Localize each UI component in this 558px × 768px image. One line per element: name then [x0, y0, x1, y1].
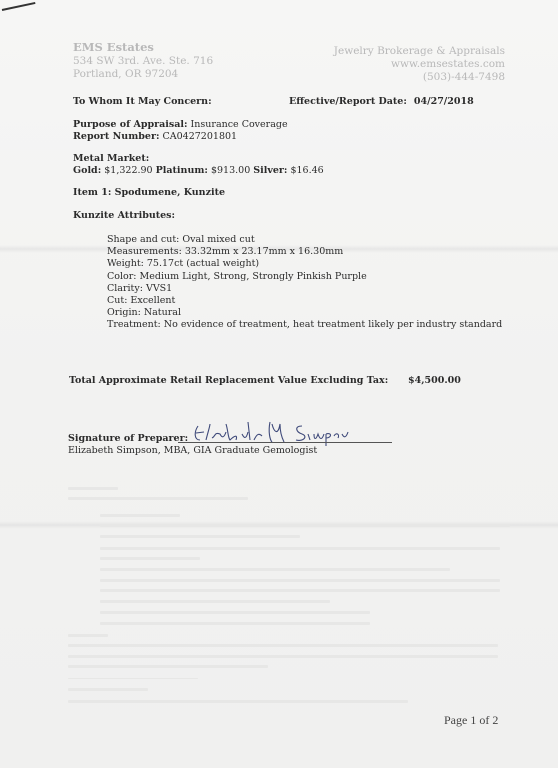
- attributes-list: Shape and cut: Oval mixed cut Measuremen…: [107, 234, 502, 332]
- company-name: EMS Estates: [73, 41, 213, 55]
- attribute-measurements: Measurements: 33.32mm x 23.17mm x 16.30m…: [107, 246, 502, 258]
- greeting: To Whom It May Concern:: [73, 96, 212, 108]
- attribute-cut: Cut: Excellent: [107, 295, 502, 307]
- platinum-label: Platinum:: [156, 165, 208, 176]
- report-label: Report Number:: [73, 131, 159, 142]
- attribute-clarity: Clarity: VVS1: [107, 283, 502, 295]
- page-number: Page 1 of 2: [444, 713, 498, 728]
- letterhead-left: EMS Estates 534 SW 3rd. Ave. Ste. 716 Po…: [73, 41, 213, 82]
- report-number: Report Number: CA0427201801: [73, 131, 237, 143]
- effective-date: Effective/Report Date: 04/27/2018: [289, 96, 474, 108]
- attribute-treatment: Treatment: No evidence of treatment, hea…: [107, 319, 502, 331]
- total-value: $4,500.00: [408, 375, 461, 387]
- effective-date-value: 04/27/2018: [414, 96, 474, 107]
- attribute-shape: Shape and cut: Oval mixed cut: [107, 234, 502, 246]
- silver-value: $16.46: [290, 165, 323, 176]
- gold-label: Gold:: [73, 165, 101, 176]
- company-phone: (503)-444-7498: [334, 71, 505, 84]
- item-title: Item 1: Spodumene, Kunzite: [73, 187, 225, 199]
- metal-market-values: Gold: $1,322.90 Platinum: $913.00 Silver…: [73, 165, 324, 177]
- address-line-1: 534 SW 3rd. Ave. Ste. 716: [73, 55, 213, 69]
- attributes-heading: Kunzite Attributes:: [73, 210, 175, 222]
- attribute-weight: Weight: 75.17ct (actual weight): [107, 258, 502, 270]
- signature-label: Signature of Preparer:: [68, 433, 188, 445]
- preparer-credentials: Elizabeth Simpson, MBA, GIA Graduate Gem…: [68, 445, 317, 457]
- purpose-value: Insurance Coverage: [191, 119, 288, 130]
- letterhead-right: Jewelry Brokerage & Appraisals www.emses…: [334, 45, 505, 84]
- attribute-color: Color: Medium Light, Strong, Strongly Pi…: [107, 271, 502, 283]
- pen-mark: [2, 2, 36, 11]
- purpose-label: Purpose of Appraisal:: [73, 119, 188, 130]
- appraisal-document-page: EMS Estates 534 SW 3rd. Ave. Ste. 716 Po…: [0, 0, 558, 768]
- gold-value: $1,322.90: [104, 165, 152, 176]
- signature-line: [178, 442, 392, 443]
- company-website: www.emsestates.com: [334, 58, 505, 71]
- metal-market-heading: Metal Market:: [73, 153, 149, 165]
- silver-label: Silver:: [253, 165, 287, 176]
- report-value: CA0427201801: [163, 131, 238, 142]
- address-line-2: Portland, OR 97204: [73, 68, 213, 82]
- platinum-value: $913.00: [211, 165, 250, 176]
- total-value-label: Total Approximate Retail Replacement Val…: [69, 375, 388, 387]
- handwritten-signature: Elizabeth M Simpson: [190, 418, 350, 448]
- effective-date-label: Effective/Report Date:: [289, 96, 407, 107]
- company-tagline: Jewelry Brokerage & Appraisals: [334, 45, 505, 58]
- purpose-of-appraisal: Purpose of Appraisal: Insurance Coverage: [73, 119, 288, 131]
- attribute-origin: Origin: Natural: [107, 307, 502, 319]
